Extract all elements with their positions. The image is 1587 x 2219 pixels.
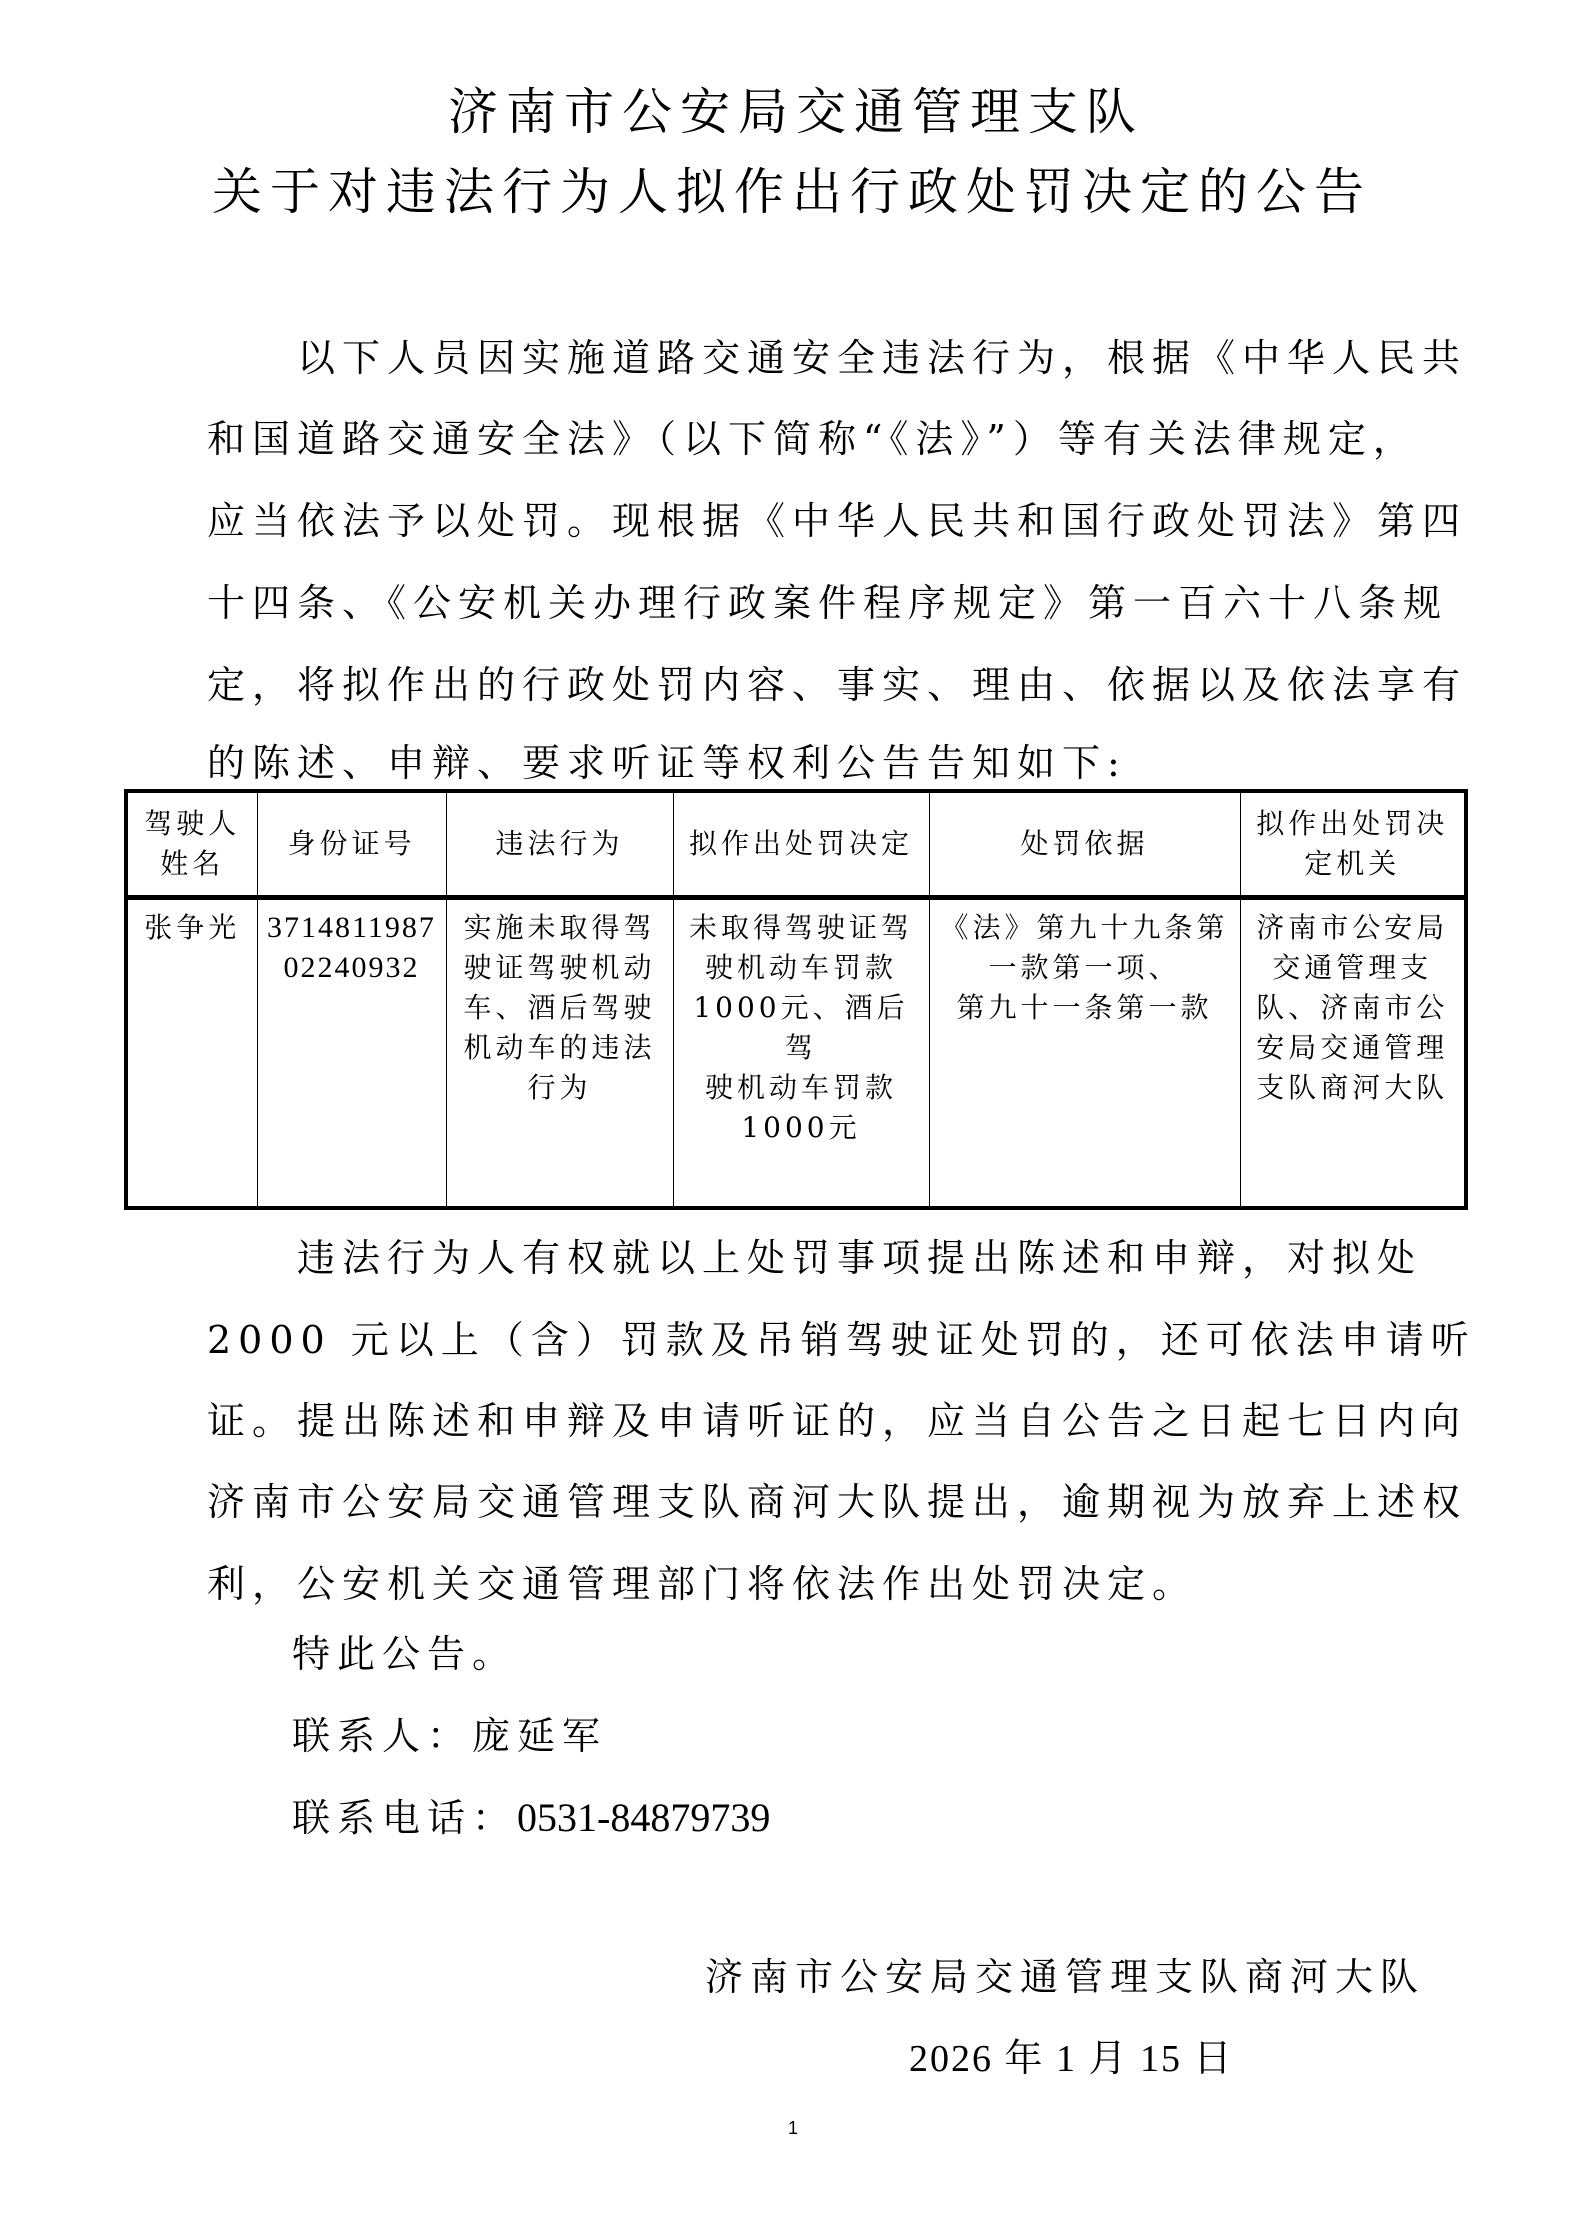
contact-label: 联系人： (292, 1714, 472, 1758)
rights-line: 利，公安机关交通管理部门将依法作出处罚决定。 (207, 1561, 1197, 1607)
page-number: 1 (788, 2118, 798, 2139)
rights-line: 2000 元以上（含）罚款及吊销驾驶证处罚的，还可依法申请听 (207, 1317, 1476, 1363)
contact-person: 联系人：庞延军 (292, 1713, 607, 1759)
col-header-violation: 违法行为 (446, 791, 673, 897)
cell-violation: 实施未取得驾 驶证驾驶机动 车、酒后驾驶 机动车的违法 行为 (446, 897, 673, 1208)
cell-proposed-penalty: 未取得驾驶证驾 驶机动车罚款 1000元、酒后驾 驶机动车罚款 1000元 (673, 897, 929, 1208)
page-title-line2: 关于对违法行为人拟作出行政处罚决定的公告 (212, 162, 1372, 222)
contact-phone: 联系电话：0531-84879739 (292, 1795, 770, 1841)
intro-line: 以下人员因实施道路交通安全违法行为，根据《中华人民共 (297, 335, 1467, 381)
cell-driver-name: 张争光 (126, 897, 257, 1208)
col-header-legal-basis: 处罚依据 (929, 791, 1240, 897)
rights-line: 违法行为人有权就以上处罚事项提出陈述和申辩，对拟处 (297, 1235, 1422, 1281)
rights-line: 证。提出陈述和申辩及申请听证的，应当自公告之日起七日内向 (207, 1398, 1467, 1444)
cell-id-number: 3714811987 02240932 (257, 897, 446, 1208)
issue-date: 2026 年 1 月 15 日 (909, 2036, 1234, 2082)
cell-legal-basis: 《法》第九十九条第 一款第一项、 第九十一条第一款 (929, 897, 1240, 1208)
table-header-row: 驾驶人 姓名 身份证号 违法行为 拟作出处罚决定 处罚依据 拟作出处罚决 定机关 (126, 791, 1466, 897)
announcement-text: 特此公告。 (292, 1631, 517, 1677)
intro-line: 和国道路交通安全法》（以下简称“《法》”）等有关法律规定， (207, 416, 1418, 462)
issuer-signature: 济南市公安局交通管理支队商河大队 (705, 1954, 1425, 2000)
col-header-id-number: 身份证号 (257, 791, 446, 897)
intro-line: 的陈述、申辩、要求听证等权利公告告知如下: (207, 740, 1127, 786)
intro-line: 定，将拟作出的行政处罚内容、事实、理由、依据以及依法享有 (207, 662, 1467, 708)
col-header-proposed-penalty: 拟作出处罚决定 (673, 791, 929, 897)
col-header-driver-name: 驾驶人 姓名 (126, 791, 257, 897)
phone-label: 联系电话： (292, 1796, 517, 1840)
table-row: 张争光 3714811987 02240932 实施未取得驾 驶证驾驶机动 车、… (126, 897, 1466, 1208)
page-title-line1: 济南市公安局交通管理支队 (448, 82, 1144, 142)
intro-line: 应当依法予以处罚。现根据《中华人民共和国行政处罚法》第四 (207, 498, 1467, 544)
contact-name: 庞延军 (472, 1714, 607, 1758)
penalty-table: 驾驶人 姓名 身份证号 违法行为 拟作出处罚决定 处罚依据 拟作出处罚决 定机关… (124, 789, 1468, 1210)
phone-number: 0531-84879739 (517, 1795, 770, 1840)
intro-line: 十四条、《公安机关办理行政案件程序规定》第一百六十八条规 (207, 580, 1448, 626)
cell-authority: 济南市公安局 交通管理支 队、济南市公 安局交通管理 支队商河大队 (1240, 897, 1466, 1208)
col-header-authority: 拟作出处罚决 定机关 (1240, 791, 1466, 897)
rights-line: 济南市公安局交通管理支队商河大队提出，逾期视为放弃上述权 (207, 1479, 1467, 1525)
